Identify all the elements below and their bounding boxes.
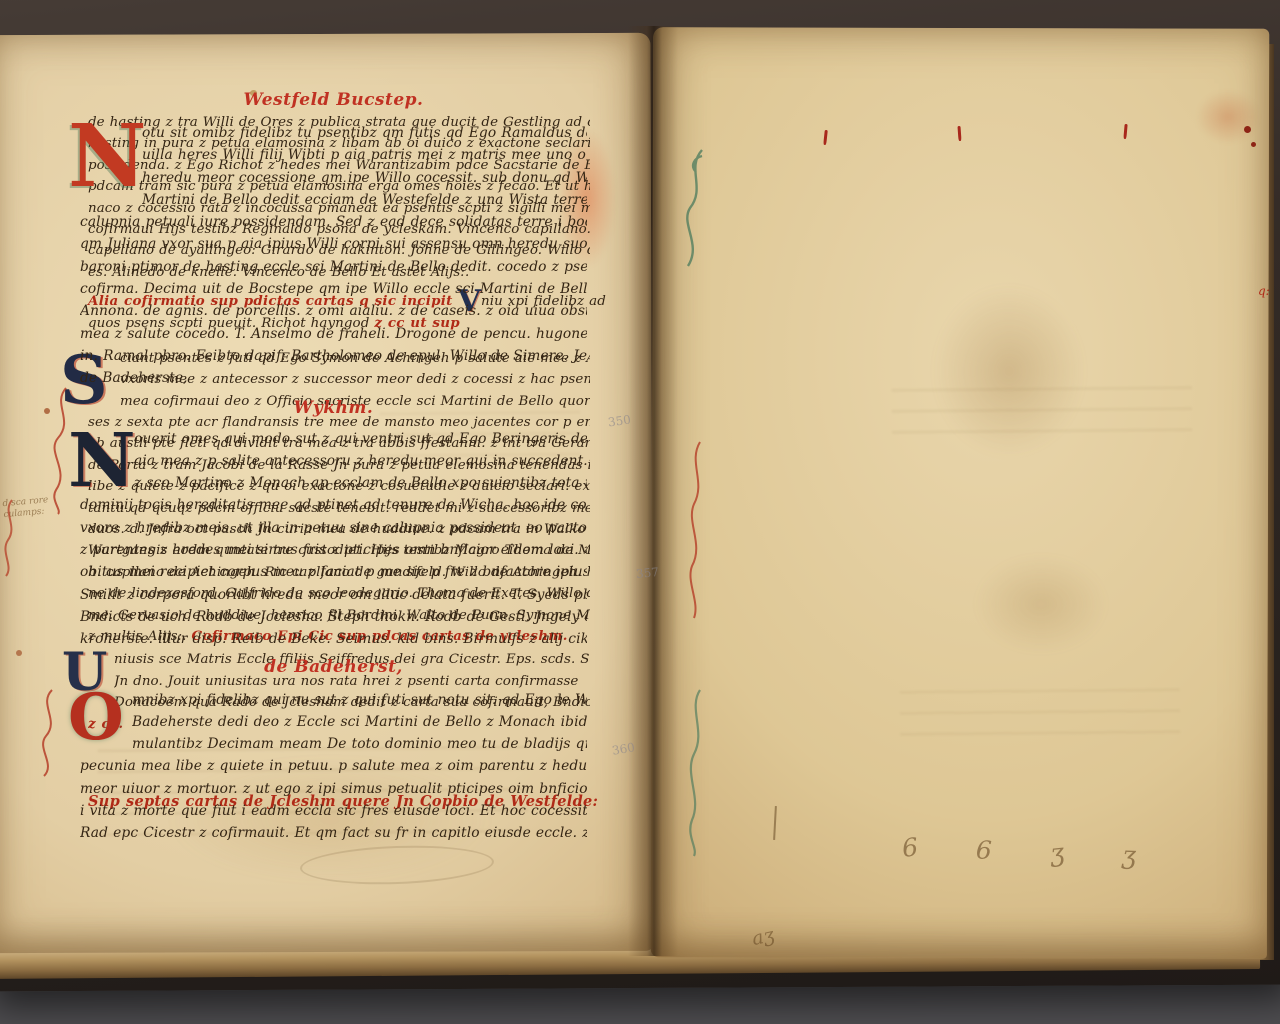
text-line: mea z salute cocedo. T. Anselmo de frahe…: [80, 323, 587, 345]
text-line: cofirma. Decima uit de Bocstepe qm ipe W…: [80, 278, 587, 300]
pen-trial-glyph: ʒ: [1048, 838, 1065, 868]
red-margin-flourish-n: [686, 440, 708, 620]
text-line: heredu meor cocessione qm ipe Willo coce…: [142, 167, 587, 189]
text-line: meor uiuor z mortuor. z ut ego z ipi sim…: [80, 778, 587, 800]
text-line: de Badeherste,: [80, 367, 587, 389]
text-line: Annona. de agnis. de porcellis. z omi ai…: [80, 300, 587, 322]
ink-spot: [1251, 142, 1256, 147]
text-line: i vita z morte que fiut i eadm eccla sic…: [80, 800, 587, 822]
heading-de-badeherst: de Badeherst,: [80, 655, 587, 679]
text-line: baroni ptimor de hasting eccle sci Marti…: [80, 256, 587, 278]
text-line: dominij tocis hereditatis mee qd ptinet …: [80, 494, 587, 516]
text-line: otu sit omibz fidelibz tu psentibz qm fu…: [142, 122, 587, 144]
text-line: z sco Martino z Monach ap ecclam de Bell…: [134, 472, 587, 494]
text-line: Badeherste dedi deo z Eccle sci Martini …: [132, 711, 587, 733]
heading-wykhm: Wykhm.: [80, 396, 587, 420]
red-penwork-flourish-u: [36, 688, 62, 778]
pen-scribble: aʒ: [750, 924, 776, 950]
text-line: Martini de Bello dedit ecciam de Westefe…: [142, 189, 587, 211]
charter-reinald: N otu sit omibz fidelibz tu psentibz qm …: [80, 122, 587, 390]
text-line: Rad epc Cicestr z cofirmauit. Et qm fact…: [80, 822, 587, 844]
manuscript-photo: de hasting z tra Willi de Ores z publica…: [0, 0, 1280, 1024]
edge-rubric-mark: q:: [1258, 284, 1270, 298]
pen-trial-glyph: ʒ: [1121, 840, 1136, 869]
text-line: z parentes z hredes mei simus fris z pti…: [80, 539, 587, 561]
text-line: kroherste. illur disp. Reib de Beke. Sei…: [80, 628, 587, 650]
text-line: mulantibz Decimam meam De toto dominio m…: [132, 733, 587, 755]
drop-cap-n-red: N: [68, 122, 134, 192]
text-line: ouerit omes qui modo sut z qui ventri su…: [134, 428, 587, 450]
drop-cap-o: O: [68, 691, 124, 745]
red-margin-squiggle: [0, 498, 20, 578]
pen-trial-glyph: 6: [975, 835, 992, 865]
right-page-text: Westfeld Bucstep. N otu sit omibz fideli…: [80, 88, 587, 845]
heading-westfeld-bucstep: Westfeld Bucstep.: [80, 88, 587, 112]
charter-lewin: O mnibz xpi fidelibz qui nu sut z qui fu…: [80, 689, 587, 845]
text-line: in. Ramal pbro. Feibto dapif: Bartholome…: [80, 345, 587, 367]
text-line: Bndicts de uch. Rodb de Jcclesha. Steph …: [80, 606, 587, 628]
text-line: uilla heres Willi filij Wibti p aia patr…: [142, 144, 587, 166]
ink-spot: [16, 650, 22, 656]
pencil-number: 357: [635, 565, 659, 581]
text-line: vxore z hredibz meis. ut illa in petuu s…: [80, 517, 587, 539]
ink-spot: [1244, 126, 1251, 133]
showthrough-text: [892, 387, 1192, 448]
text-line: obitus mei recipiet corpus meu z faciat …: [80, 561, 587, 583]
green-vine-flourish: [682, 148, 710, 278]
text-line: qm Juliana vxor sua p aia ipius Willi co…: [80, 233, 587, 255]
gutter-shadow: [628, 26, 678, 956]
text-line: Smilit z corpora quorlibt hredu meor om …: [80, 584, 587, 606]
charter-beringer: N ouerit omes qui modo sut z qui ventri …: [80, 428, 587, 651]
pen-trial-glyph: 6: [901, 832, 920, 863]
right-page: [651, 27, 1269, 959]
green-margin-flourish-o: [684, 688, 708, 858]
text-line: pecunia mea libe z quiete in petuu. p sa…: [80, 755, 587, 777]
text-line: mnibz xpi fidelibz qui nu sut z qui futi…: [132, 689, 587, 711]
text-line: aia mea z p salite antecessoru z heredu …: [134, 450, 587, 472]
text-line: calupnia petuali iure possidendam. Sed z…: [80, 211, 587, 233]
showthrough-text: [900, 689, 1180, 739]
red-penwork-flourish-s: [48, 386, 78, 516]
